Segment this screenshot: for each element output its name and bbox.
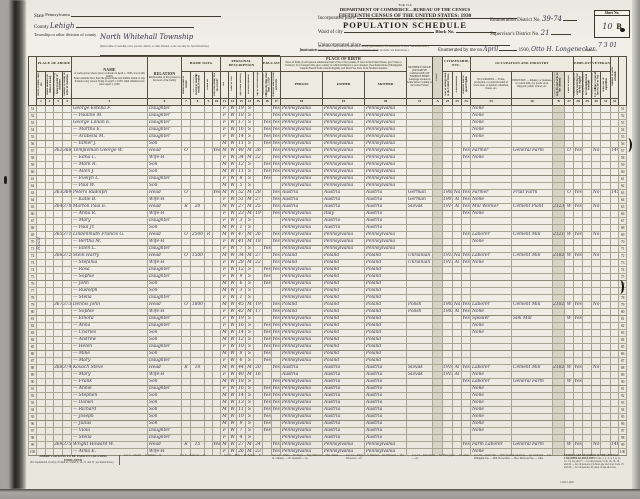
cell-ind <box>512 127 553 134</box>
cell-rw <box>272 218 281 225</box>
cell-sex: M <box>221 148 229 155</box>
cell-name: — Joseph <box>72 414 148 421</box>
cell-age: 12 <box>237 162 246 169</box>
cell-n2: 71 <box>619 246 627 253</box>
cell-ind: Silk Mill <box>512 316 553 323</box>
cell-c: W <box>229 155 237 162</box>
cell-n2: 90 <box>619 379 627 386</box>
cell-f <box>63 183 72 190</box>
cell-emp <box>574 127 583 134</box>
cell-rad <box>205 246 213 253</box>
cell-bf: Poland <box>323 358 365 365</box>
cell-en <box>462 358 471 365</box>
cell-am: 17 <box>254 309 263 316</box>
cell-name: — Anna R. <box>72 211 148 218</box>
cell-rad <box>205 442 213 449</box>
cell-n: 57 <box>29 148 37 155</box>
cell-en: Yes <box>462 365 471 372</box>
cell-bm: Pennsylvania <box>365 127 407 134</box>
cell-vet2 <box>601 330 611 337</box>
cell-n: 73 <box>29 260 37 267</box>
cell-c: W <box>229 134 237 141</box>
cell-occ <box>471 281 512 288</box>
cell-vet: No <box>592 302 601 309</box>
cell-rel: Daughter <box>148 120 182 127</box>
cell-rad <box>205 169 213 176</box>
cell-fs <box>611 239 619 246</box>
column-number: 1 <box>37 99 46 106</box>
cell-yi <box>443 134 453 141</box>
cell-c: W <box>229 442 237 449</box>
cell-cd1 <box>433 379 443 386</box>
cell-hn <box>46 169 54 176</box>
cell-bp: Pennsylvania <box>281 351 323 358</box>
cell-bm: Pennsylvania <box>365 134 407 141</box>
cell-f <box>63 288 72 295</box>
cell-bm: Pennsylvania <box>365 113 407 120</box>
cell-cls <box>565 281 574 288</box>
cell-n2: 63 <box>619 190 627 197</box>
cell-am <box>254 120 263 127</box>
relation-desc: Relationship of this person to the head … <box>148 77 181 83</box>
cell-bm: Poland <box>365 344 407 351</box>
table-row: 69365371Lindenmuth Francis G.HeadO2500RM… <box>29 232 627 239</box>
cell-yi: 1912 <box>443 372 453 379</box>
cell-am: 28 <box>254 190 263 197</box>
cell-d <box>54 197 63 204</box>
cell-fs <box>611 344 619 351</box>
cell-c: W <box>229 148 237 155</box>
cell-f <box>63 337 72 344</box>
sheet-number-box: Sheet No. 10 B <box>594 10 630 38</box>
cell-n2: 53 <box>619 120 627 127</box>
cell-bf: Austria <box>323 393 365 400</box>
cell-name: — Sophie <box>72 309 148 316</box>
scan-left-edge-shadow <box>9 0 26 489</box>
cell-m: S <box>246 113 254 120</box>
cell-rw: Yes <box>272 190 281 197</box>
cell-m: M <box>246 204 254 211</box>
cell-yi <box>443 288 453 295</box>
cell-en <box>462 218 471 225</box>
cell-rad <box>205 386 213 393</box>
cell-age: 44 <box>237 365 246 372</box>
cell-street <box>37 386 46 393</box>
cell-sch: Yes <box>263 428 272 435</box>
cell-bm: Austria <box>365 218 407 225</box>
cell-rad <box>205 113 213 120</box>
cell-age: 16 <box>237 386 246 393</box>
cell-sch: Yes <box>263 386 272 393</box>
cell-ten <box>182 239 191 246</box>
cell-f <box>63 267 72 274</box>
cell-frm <box>213 239 221 246</box>
cell-age: 52 <box>237 190 246 197</box>
cell-en <box>462 134 471 141</box>
cell-sex: F <box>221 106 229 113</box>
cell-bf: Poland <box>323 253 365 260</box>
cell-bf: Pennsylvania <box>323 183 365 190</box>
cell-rel: Son <box>148 183 182 190</box>
cell-sch: Yes <box>263 169 272 176</box>
cell-frm <box>213 127 221 134</box>
cell-rel: Head <box>148 365 182 372</box>
cell-c: W <box>229 232 237 239</box>
cell-frm <box>213 232 221 239</box>
cell-sch <box>263 225 272 232</box>
cell-f <box>63 176 72 183</box>
cell-sch: Yes <box>263 162 272 169</box>
cell-am: 27 <box>254 197 263 204</box>
cell-val <box>191 260 205 267</box>
cell-c: W <box>229 169 237 176</box>
cell-mt <box>407 351 433 358</box>
cell-mt: Ukrainian <box>407 253 433 260</box>
cell-cls <box>565 400 574 407</box>
cell-vet <box>592 225 601 232</box>
cell-na: Al <box>453 204 462 211</box>
cell-street <box>37 134 46 141</box>
cell-rad: R <box>205 232 213 239</box>
cell-f: 372 <box>63 253 72 260</box>
cell-yi <box>443 386 453 393</box>
cell-bp: Austria <box>281 197 323 204</box>
cell-rel: Son <box>148 351 182 358</box>
cell-street <box>37 330 46 337</box>
table-row: 63363369Peters RudolphHeadOYesMW52M28Yes… <box>29 190 627 197</box>
cell-bm: Pennsylvania <box>365 239 407 246</box>
cell-sch <box>263 190 272 197</box>
group-mother-tongue: MOTHER TONGUE (OR NATIVE LANGUAGE) OF FO… <box>407 57 433 99</box>
cell-m: M <box>246 253 254 260</box>
cell-n: 92 <box>29 393 37 400</box>
cell-occ <box>471 295 512 302</box>
cell-m: M <box>246 302 254 309</box>
cell-occ <box>471 183 512 190</box>
cell-rel: Daughter <box>148 358 182 365</box>
cell-bp: Austria <box>281 204 323 211</box>
cell-age: 13 <box>237 400 246 407</box>
column-number: 24 <box>462 99 471 106</box>
cell-en <box>462 162 471 169</box>
cell-na <box>453 113 462 120</box>
cell-occ: None <box>471 239 512 246</box>
cell-sex: F <box>221 113 229 120</box>
cell-mt <box>407 344 433 351</box>
cell-mt <box>407 267 433 274</box>
print-code: c-502 2-1625 <box>560 482 574 485</box>
cell-vet2 <box>601 295 611 302</box>
cell-frm <box>213 211 221 218</box>
sub-occupation: OCCUPATION — Trade, profession, or parti… <box>471 71 512 99</box>
cell-m: S <box>246 316 254 323</box>
cell-rel: Daughter <box>148 218 182 225</box>
county-label: County Lehigh <box>34 21 194 30</box>
cell-occ: None <box>471 428 512 435</box>
column-number: 9 <box>205 99 213 106</box>
cell-fs: 145 <box>611 190 619 197</box>
tongue-desc: Language spoken in home before coming to… <box>407 79 432 88</box>
cell-occ: None <box>471 211 512 218</box>
cell-d <box>54 155 63 162</box>
cell-name: — Martha E. <box>72 127 148 134</box>
cell-bm: Pennsylvania <box>365 246 407 253</box>
cell-bf: Poland <box>323 309 365 316</box>
cell-sex: M <box>221 351 229 358</box>
cell-na <box>453 281 462 288</box>
cell-mt <box>407 274 433 281</box>
cell-n2: 87 <box>619 358 627 365</box>
table-row: 58— Edna L.Wife-HFW34M22YesPennsylvaniaP… <box>29 155 627 162</box>
cell-rw: Yes <box>272 253 281 260</box>
township-note: (Insert name of township, town, precinct… <box>100 46 300 49</box>
cell-bf: Poland <box>323 330 365 337</box>
cell-hn <box>46 309 54 316</box>
cell-c: W <box>229 141 237 148</box>
cell-yi <box>443 162 453 169</box>
cell-am <box>254 323 263 330</box>
cell-emp2 <box>583 407 592 414</box>
cell-rad <box>205 260 213 267</box>
cell-n: 79 <box>29 302 37 309</box>
table-row: 55— Arabella M.DaughterFW14SYesYesPennsy… <box>29 134 627 141</box>
cell-emp: Yes <box>574 232 583 239</box>
cell-fs <box>611 358 619 365</box>
cell-rel: Wife-H <box>148 260 182 267</box>
cell-name: — Helen <box>72 344 148 351</box>
cell-street <box>37 274 46 281</box>
cell-val: 15 <box>191 442 205 449</box>
cell-vet2 <box>601 148 611 155</box>
cell-m: M <box>246 211 254 218</box>
cell-m: S <box>246 407 254 414</box>
cell-val <box>191 183 205 190</box>
cell-emp2 <box>583 365 592 372</box>
cell-d <box>54 183 63 190</box>
cell-hn <box>46 190 54 197</box>
cell-am: 22 <box>254 155 263 162</box>
cell-cd2 <box>553 330 565 337</box>
cell-d <box>54 176 63 183</box>
cell-ind <box>512 281 553 288</box>
cell-am <box>254 386 263 393</box>
cell-vet2 <box>601 127 611 134</box>
cell-sex: F <box>221 218 229 225</box>
abbr-col-9: Col. 9.—Radio set — R. <box>180 455 220 458</box>
cell-c: W <box>229 365 237 372</box>
column-number: 5 <box>72 99 148 106</box>
cell-m: S <box>246 134 254 141</box>
cell-rw: Yes <box>272 141 281 148</box>
cell-ten <box>182 127 191 134</box>
cell-ten <box>182 386 191 393</box>
cell-rw <box>272 274 281 281</box>
cell-c: W <box>229 337 237 344</box>
cell-street <box>37 393 46 400</box>
cell-vet: No <box>592 148 601 155</box>
cell-cd2 <box>553 323 565 330</box>
cell-rad <box>205 120 213 127</box>
cell-hn <box>46 281 54 288</box>
cell-en <box>462 330 471 337</box>
cell-m: S <box>246 127 254 134</box>
cell-n2: 58 <box>619 155 627 162</box>
cell-occ <box>471 176 512 183</box>
cell-rad <box>205 379 213 386</box>
cell-name: — Katie B. <box>72 197 148 204</box>
cell-cd1 <box>433 337 443 344</box>
cell-emp <box>574 407 583 414</box>
cell-n2: 68 <box>619 225 627 232</box>
column-number: 12 <box>229 99 237 106</box>
cell-occ <box>471 218 512 225</box>
table-row: 93— DanielSonMW13SYesYesPennsylvaniaAust… <box>29 400 627 407</box>
cell-age: 9 <box>237 274 246 281</box>
cell-occ <box>471 246 512 253</box>
cell-rw: Yes <box>272 316 281 323</box>
cell-occ: None <box>471 197 512 204</box>
cell-ind <box>512 393 553 400</box>
column-number: 3 <box>54 99 63 106</box>
column-number: 23 <box>453 99 462 106</box>
cell-yi <box>443 141 453 148</box>
cell-n: 89 <box>29 372 37 379</box>
cell-mt <box>407 176 433 183</box>
cell-val <box>191 176 205 183</box>
cell-vet <box>592 435 601 442</box>
cell-street <box>37 316 46 323</box>
cell-n: 85 <box>29 344 37 351</box>
cell-en <box>462 351 471 358</box>
cell-occ <box>471 344 512 351</box>
cell-mt <box>407 330 433 337</box>
group-occupation-industry: OCCUPATION AND INDUSTRY <box>471 57 574 72</box>
cell-age: 5 <box>237 183 246 190</box>
cell-f <box>63 428 72 435</box>
table-row: 66— Anna R.Wife-HFW23M19YesPennsylvaniaI… <box>29 211 627 218</box>
cell-bp: Pennsylvania <box>281 232 323 239</box>
cell-name: — Mary <box>72 372 148 379</box>
cell-frm <box>213 267 221 274</box>
cell-val <box>191 400 205 407</box>
cell-age: 12 <box>237 337 246 344</box>
cell-street <box>37 365 46 372</box>
name-note: Enter surname first, then the given name… <box>72 78 147 87</box>
cell-bm: Poland <box>365 302 407 309</box>
cell-am: 16 <box>254 372 263 379</box>
cell-sch: Yes <box>263 127 272 134</box>
cell-ten <box>182 162 191 169</box>
cell-bp: Pennsylvania <box>281 288 323 295</box>
page-curl-mark-top <box>624 138 632 152</box>
cell-age: 17 <box>237 120 246 127</box>
sub-unemployment-line: If not, line number on Unemployment Sche… <box>583 71 592 99</box>
column-number: 6 <box>148 99 182 106</box>
cell-f: 374 <box>63 365 72 372</box>
cell-bp: Pennsylvania <box>281 344 323 351</box>
cell-bp: Pennsylvania <box>281 246 323 253</box>
table-row: 85— HelenDaughterFW10SYesYesPennsylvania… <box>29 344 627 351</box>
cell-rw <box>272 421 281 428</box>
cell-ind: Fruit Farm <box>512 190 553 197</box>
table-row: 92— StephenSonMW14SYesYesPennsylvaniaAus… <box>29 393 627 400</box>
sub-home-owned-rented: Home owned or rented <box>182 71 191 99</box>
cell-street <box>37 309 46 316</box>
cell-en <box>462 393 471 400</box>
sub-birth-mother: MOTHER <box>365 71 407 99</box>
cell-hn <box>46 379 54 386</box>
cell-cls <box>565 267 574 274</box>
cell-frm <box>213 197 221 204</box>
cell-bf: Pennsylvania <box>323 169 365 176</box>
cell-bm: Poland <box>365 281 407 288</box>
cell-age: 8 <box>237 351 246 358</box>
cell-n: 97 <box>29 428 37 435</box>
cell-n: 78 <box>29 295 37 302</box>
cell-am: 24 <box>254 442 263 449</box>
cell-name: — Annie <box>72 386 148 393</box>
cell-sch: Yes <box>263 267 272 274</box>
cell-d <box>54 344 63 351</box>
cell-occ: Farmer <box>471 190 512 197</box>
cell-yi: 1908 <box>443 190 453 197</box>
cell-frm <box>213 337 221 344</box>
sub-year-immigration: Year of immigration to the United States <box>443 71 453 99</box>
cell-rw: Yes <box>272 386 281 393</box>
cell-sch <box>263 379 272 386</box>
enumerator-label: Enumerator <box>585 50 597 53</box>
cell-fs <box>611 134 619 141</box>
cell-emp <box>574 288 583 295</box>
cell-en <box>462 274 471 281</box>
cell-rw <box>272 414 281 421</box>
cell-rel: Daughter <box>148 106 182 113</box>
cell-vet <box>592 351 601 358</box>
cell-am <box>254 246 263 253</box>
cell-n2: 73 <box>619 260 627 267</box>
cell-emp <box>574 281 583 288</box>
cell-hn <box>46 211 54 218</box>
cell-emp2 <box>583 183 592 190</box>
cell-hn <box>46 148 54 155</box>
cell-vet <box>592 372 601 379</box>
cell-emp2 <box>583 162 592 169</box>
cell-name: Wright Howard W. <box>72 442 148 449</box>
cell-mt <box>407 246 433 253</box>
cell-name: — Mary <box>72 218 148 225</box>
cell-val <box>191 267 205 274</box>
cell-rw: Yes <box>272 113 281 120</box>
cell-cls: W <box>565 379 574 386</box>
cell-ind: Cement Mill <box>512 253 553 260</box>
cell-hn <box>46 162 54 169</box>
cell-f <box>63 421 72 428</box>
cell-emp <box>574 274 583 281</box>
cell-age: 16 <box>237 127 246 134</box>
cell-n: 88 <box>29 365 37 372</box>
cell-name: — Elmer J. <box>72 141 148 148</box>
cell-bf: Italy <box>323 211 365 218</box>
cell-n2: 66 <box>619 211 627 218</box>
cell-rel: Daughter <box>148 316 182 323</box>
cell-emp <box>574 351 583 358</box>
table-row: 60— Allen J.SonMW11SYesYesPennsylvaniaPe… <box>29 169 627 176</box>
cell-n: 77 <box>29 288 37 295</box>
cell-cd2 <box>553 421 565 428</box>
cell-frm <box>213 176 221 183</box>
cell-ten <box>182 225 191 232</box>
cell-bm: Austria <box>365 386 407 393</box>
